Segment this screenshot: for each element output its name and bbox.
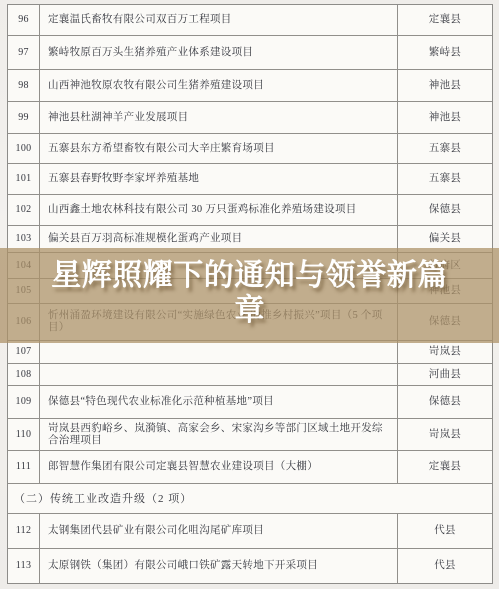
county-cell: 神池县 <box>398 70 492 101</box>
row-number-cell: 113 <box>8 549 40 583</box>
row-number-cell: 98 <box>8 70 40 101</box>
table-row: 99神池县杜湖神羊产业发展项目神池县 <box>8 102 492 134</box>
watermark-overlay: 星辉照耀下的通知与领誉新篇 章 <box>0 248 499 343</box>
document-page: 96定襄温氏畜牧有限公司双百万工程项目定襄县97繁峙牧原百万头生猪养殖产业体系建… <box>0 0 499 589</box>
row-number-cell: 100 <box>8 134 40 163</box>
row-number-cell: 110 <box>8 419 40 450</box>
county-cell: 定襄县 <box>398 5 492 35</box>
county-cell: 代县 <box>398 514 492 548</box>
table-row: 110岢岚县西豹峪乡、岚漪镇、高家会乡、宋家沟乡等部门区域土地开发综合治理项目岢… <box>8 419 492 451</box>
row-number-cell: 96 <box>8 5 40 35</box>
section-header-label: （二）传统工业改造升级（2 项） <box>8 484 492 513</box>
table-row: 113太原钢铁（集团）有限公司峨口铁矿露天转地下开采项目代县 <box>8 549 492 583</box>
table-row: 101五寨县春野牧野李家坪养殖基地五寨县 <box>8 164 492 195</box>
project-name-cell: 保德县“特色现代农业标准化示范种植基地”项目 <box>40 386 398 418</box>
project-name-cell: 定襄温氏畜牧有限公司双百万工程项目 <box>40 5 398 35</box>
county-cell: 河曲县 <box>398 364 492 385</box>
project-name-cell <box>40 364 398 385</box>
table-row: 100五寨县东方希望畜牧有限公司大辛庄繁育场项目五寨县 <box>8 134 492 164</box>
project-name-cell: 五寨县春野牧野李家坪养殖基地 <box>40 164 398 194</box>
project-name-cell: 郎智慧作集团有限公司定襄县智慧农业建设项目（大棚） <box>40 451 398 483</box>
table-row: 97繁峙牧原百万头生猪养殖产业体系建设项目繁峙县 <box>8 36 492 70</box>
row-number-cell: 99 <box>8 102 40 133</box>
row-number-cell: 101 <box>8 164 40 194</box>
table-row: 108河曲县 <box>8 364 492 386</box>
table-row: 107岢岚县 <box>8 341 492 364</box>
county-cell: 五寨县 <box>398 134 492 163</box>
project-name-cell: 山西神池牧原农牧有限公司生猪养殖建设项目 <box>40 70 398 101</box>
watermark-text-line1: 星辉照耀下的通知与领誉新篇 <box>0 260 499 292</box>
project-name-cell: 太钢集团代县矿业有限公司化咀沟尾矿库项目 <box>40 514 398 548</box>
county-cell: 代县 <box>398 549 492 583</box>
section-header-row: （二）传统工业改造升级（2 项） <box>8 484 492 514</box>
row-number-cell: 97 <box>8 36 40 69</box>
watermark-text-line2: 章 <box>0 295 499 327</box>
table-row: 98山西神池牧原农牧有限公司生猪养殖建设项目神池县 <box>8 70 492 102</box>
county-cell: 岢岚县 <box>398 419 492 450</box>
county-cell: 五寨县 <box>398 164 492 194</box>
table-row: 109保德县“特色现代农业标准化示范种植基地”项目保德县 <box>8 386 492 419</box>
table-row: 96定襄温氏畜牧有限公司双百万工程项目定襄县 <box>8 5 492 36</box>
county-cell: 岢岚县 <box>398 341 492 363</box>
row-number-cell: 109 <box>8 386 40 418</box>
row-number-cell: 111 <box>8 451 40 483</box>
county-cell: 保德县 <box>398 386 492 418</box>
table-row: 112太钢集团代县矿业有限公司化咀沟尾矿库项目代县 <box>8 514 492 549</box>
project-name-cell: 五寨县东方希望畜牧有限公司大辛庄繁育场项目 <box>40 134 398 163</box>
project-name-cell: 太原钢铁（集团）有限公司峨口铁矿露天转地下开采项目 <box>40 549 398 583</box>
project-name-cell: 神池县杜湖神羊产业发展项目 <box>40 102 398 133</box>
county-cell: 繁峙县 <box>398 36 492 69</box>
project-name-cell <box>40 341 398 363</box>
row-number-cell: 107 <box>8 341 40 363</box>
project-name-cell: 繁峙牧原百万头生猪养殖产业体系建设项目 <box>40 36 398 69</box>
project-name-cell: 岢岚县西豹峪乡、岚漪镇、高家会乡、宋家沟乡等部门区域土地开发综合治理项目 <box>40 419 398 450</box>
table-row: 111郎智慧作集团有限公司定襄县智慧农业建设项目（大棚）定襄县 <box>8 451 492 484</box>
county-cell: 保德县 <box>398 195 492 225</box>
table-row: 102山西鑫土地农林科技有限公司 30 万只蛋鸡标准化养殖场建设项目保德县 <box>8 195 492 226</box>
county-cell: 定襄县 <box>398 451 492 483</box>
row-number-cell: 102 <box>8 195 40 225</box>
row-number-cell: 112 <box>8 514 40 548</box>
project-name-cell: 山西鑫土地农林科技有限公司 30 万只蛋鸡标准化养殖场建设项目 <box>40 195 398 225</box>
county-cell: 神池县 <box>398 102 492 133</box>
row-number-cell: 108 <box>8 364 40 385</box>
